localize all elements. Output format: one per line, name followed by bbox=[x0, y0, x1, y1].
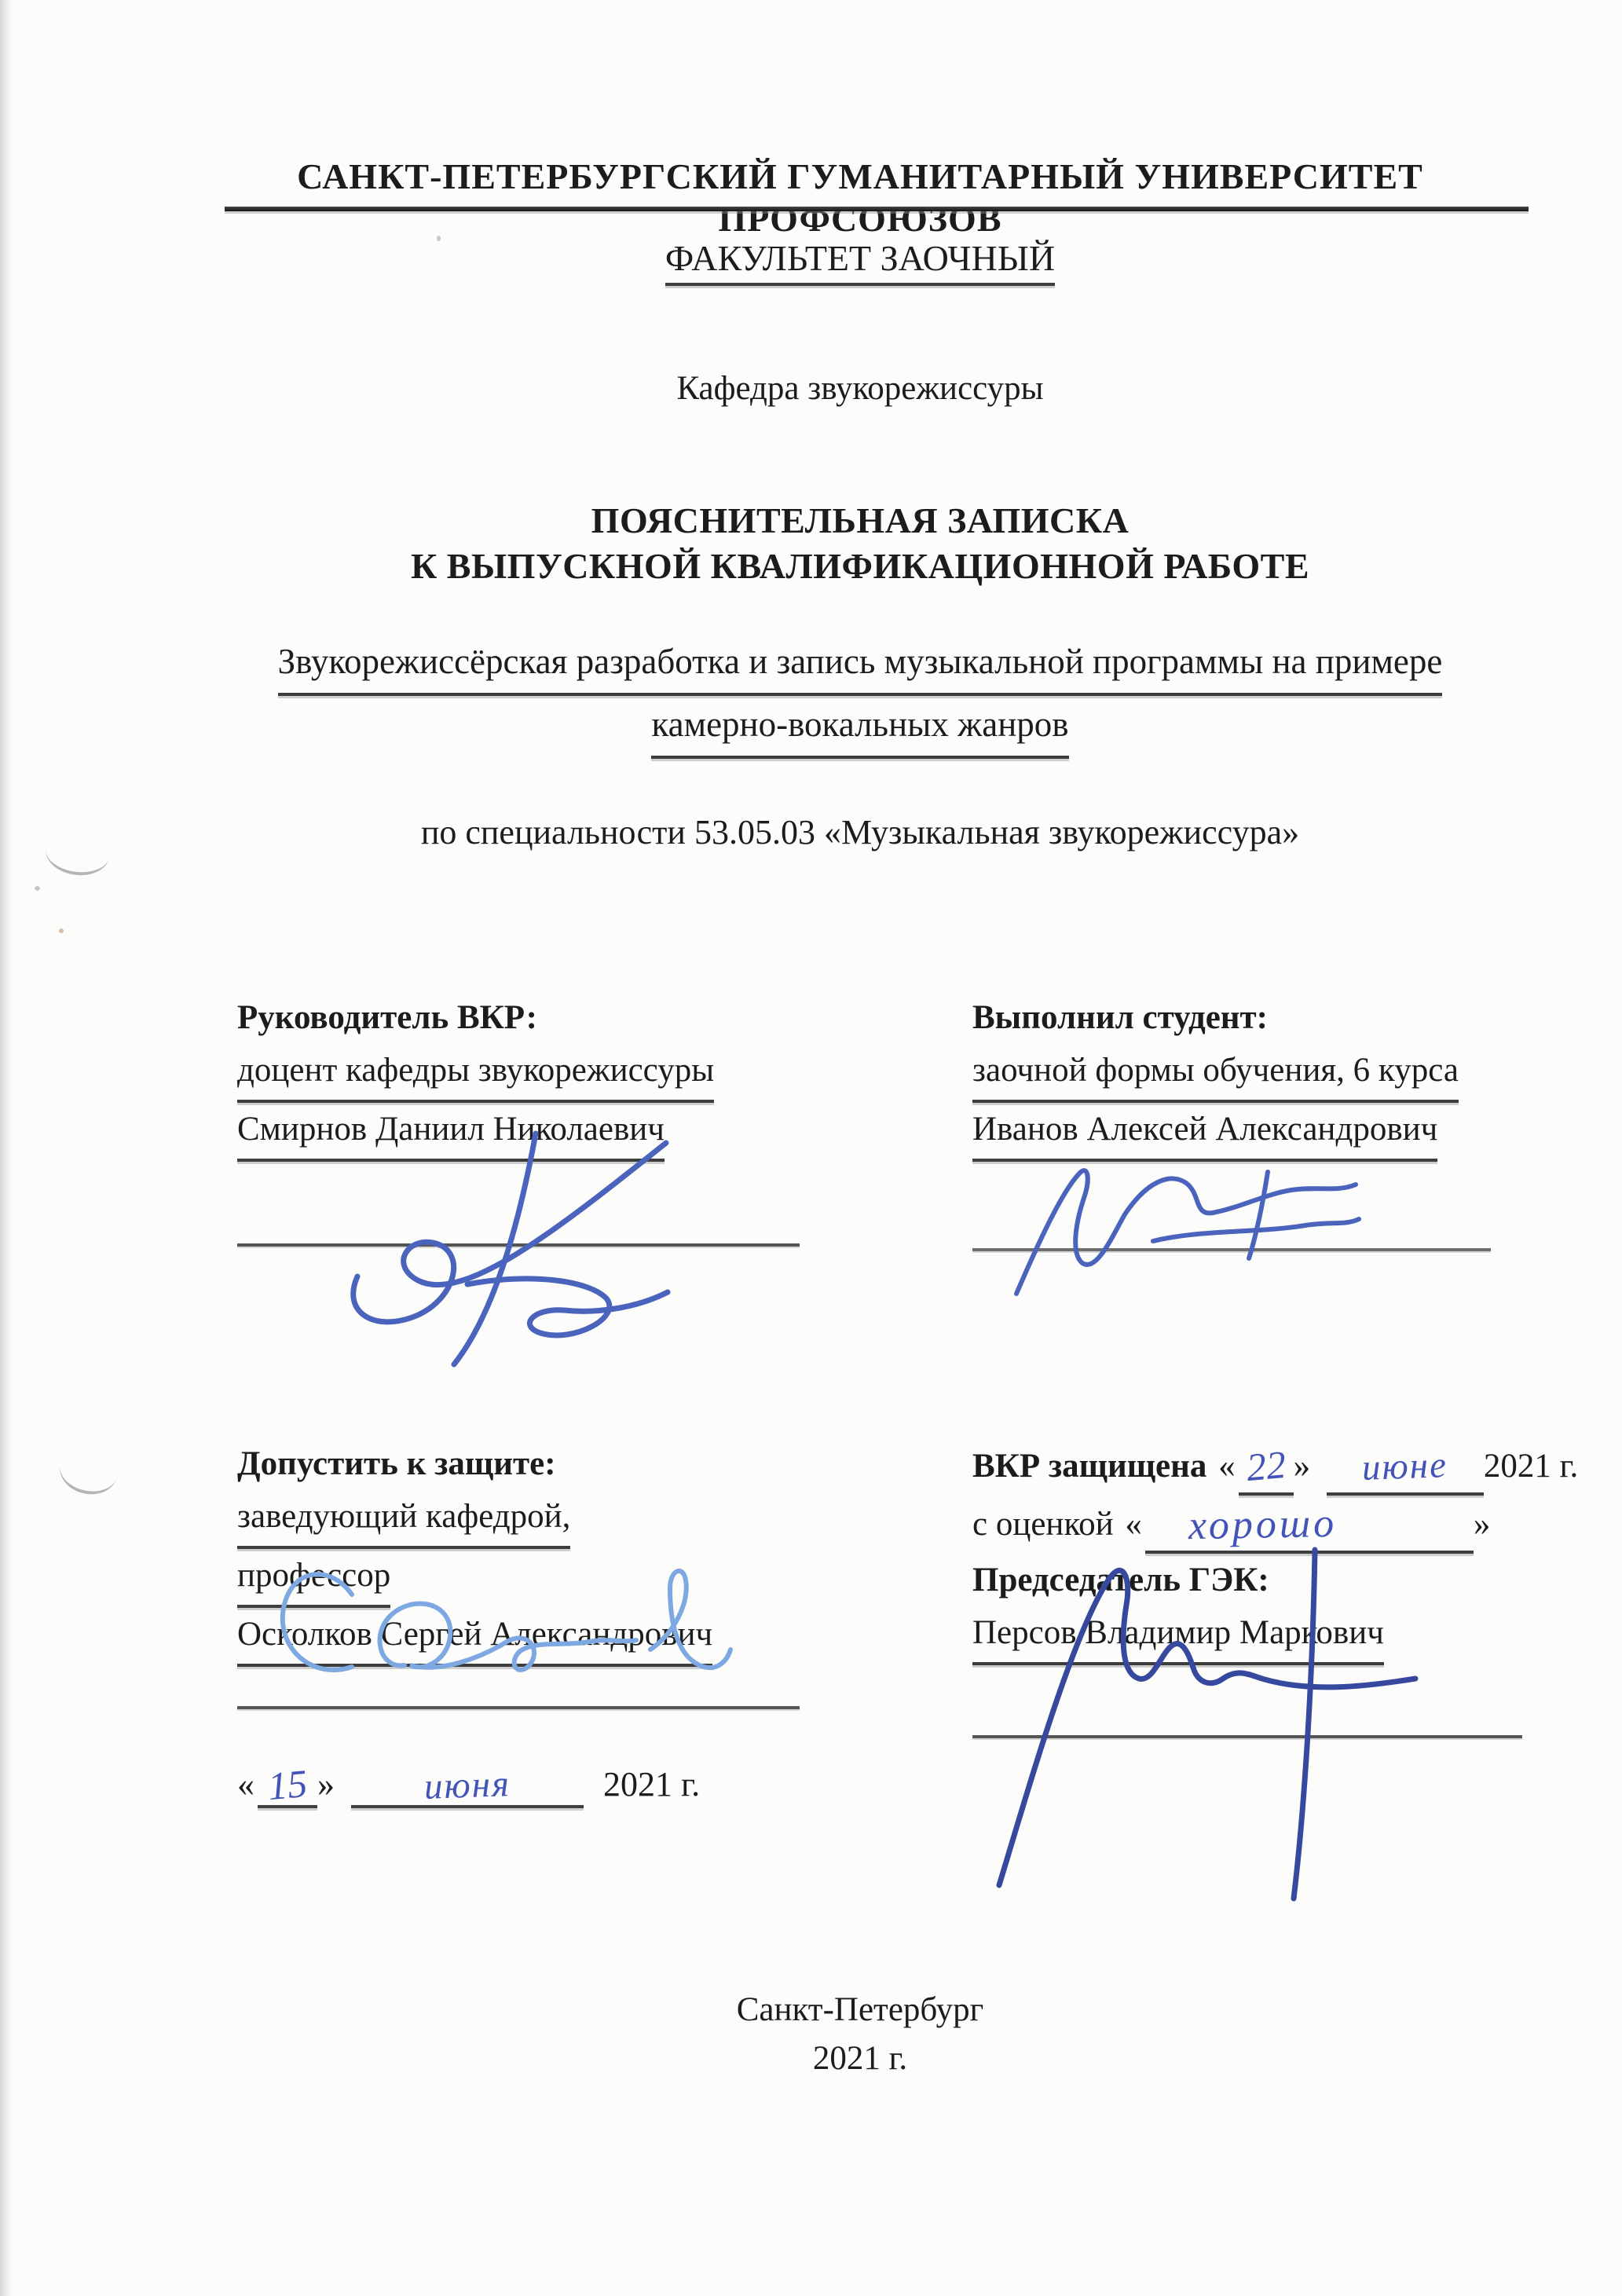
student-name: Иванов Алексей Александрович bbox=[972, 1103, 1437, 1162]
admission-name: Осколков Сергей Александрович bbox=[237, 1608, 712, 1667]
scanned-title-page: САНКТ-ПЕТЕРБУРГСКИЙ ГУМАНИТАРНЫЙ УНИВЕРС… bbox=[0, 0, 1622, 2296]
document-title: ПОЯСНИТЕЛЬНАЯ ЗАПИСКА К ВЫПУСКНОЙ КВАЛИФ… bbox=[189, 498, 1532, 589]
chairman-label: Председатель ГЭК: bbox=[972, 1554, 1601, 1606]
admission-day-handwritten: 15 bbox=[266, 1760, 309, 1809]
footer-city: Санкт-Петербург bbox=[189, 1986, 1532, 2034]
supervisor-block: Руководитель ВКР: доцент кафедры звукоре… bbox=[237, 991, 818, 1162]
defense-month-blank: июне bbox=[1327, 1439, 1484, 1496]
admission-date-close-quote: » bbox=[317, 1765, 335, 1803]
faculty-label: ФАКУЛЬТЕТ ЗАОЧНЫЙ bbox=[665, 237, 1055, 286]
grade-line: с оценкой «хорошо» bbox=[972, 1496, 1601, 1554]
supervisor-position: доцент кафедры звукорежиссуры bbox=[237, 1044, 714, 1103]
thesis-title-line1: Звукорежиссёрская разработка и запись му… bbox=[278, 633, 1443, 696]
defense-month-handwritten: июне bbox=[1361, 1439, 1448, 1495]
document-title-line1: ПОЯСНИТЕЛЬНАЯ ЗАПИСКА bbox=[189, 498, 1532, 544]
university-name: САНКТ-ПЕТЕРБУРГСКИЙ ГУМАНИТАРНЫЙ УНИВЕРС… bbox=[189, 156, 1532, 240]
scan-speck bbox=[35, 886, 40, 891]
defense-label: ВКР защищена bbox=[972, 1448, 1206, 1485]
admission-day-blank: 15 bbox=[258, 1760, 317, 1808]
header-rule bbox=[225, 207, 1529, 211]
grade-blank: хорошо bbox=[1145, 1496, 1474, 1554]
defense-year: 2021 г. bbox=[1484, 1448, 1578, 1485]
defense-day-handwritten: 22 bbox=[1244, 1438, 1288, 1494]
grade-close-quote: » bbox=[1474, 1506, 1491, 1543]
specialty-line: по специальности 53.05.03 «Музыкальная з… bbox=[189, 812, 1532, 852]
scan-edge-artifact bbox=[0, 0, 13, 2296]
student-label: Выполнил студент: bbox=[972, 991, 1569, 1044]
supervisor-label: Руководитель ВКР: bbox=[237, 991, 818, 1044]
admission-month-blank: июня bbox=[351, 1763, 584, 1808]
student-block: Выполнил студент: заочной формы обучения… bbox=[972, 991, 1569, 1162]
department-name: Кафедра звукорежиссуры bbox=[189, 369, 1532, 408]
footer-year: 2021 г. bbox=[189, 2034, 1532, 2083]
admission-signature-line bbox=[237, 1706, 800, 1709]
grade-handwritten: хорошо bbox=[1144, 1497, 1337, 1553]
admission-date-line: «15» июня 2021 г. bbox=[237, 1760, 700, 1808]
defense-block: ВКР защищена «22» июне2021 г. с оценкой … bbox=[972, 1437, 1601, 1665]
admission-label: Допустить к защите: bbox=[237, 1437, 818, 1490]
admission-month-handwritten: июня bbox=[423, 1763, 511, 1808]
student-details: заочной формы обучения, 6 курса bbox=[972, 1044, 1459, 1103]
chairman-name: Персов Владимир Маркович bbox=[972, 1606, 1384, 1665]
hole-punch-artifact bbox=[43, 826, 112, 879]
thesis-title: Звукорежиссёрская разработка и запись му… bbox=[189, 633, 1532, 759]
student-signature-line bbox=[972, 1248, 1491, 1251]
defense-day-blank: 22 bbox=[1239, 1437, 1294, 1496]
admission-position-line2: профессор bbox=[237, 1549, 390, 1608]
admission-date-year: 2021 г. bbox=[603, 1765, 700, 1803]
grade-label: с оценкой bbox=[972, 1506, 1114, 1543]
grade-open-quote: « bbox=[1125, 1506, 1142, 1543]
defense-open-quote: « bbox=[1218, 1448, 1236, 1485]
document-title-line2: К ВЫПУСКНОЙ КВАЛИФИКАЦИОННОЙ РАБОТЕ bbox=[189, 544, 1532, 589]
defense-date-line: ВКР защищена «22» июне2021 г. bbox=[972, 1437, 1601, 1496]
admission-date-open-quote: « bbox=[237, 1765, 254, 1803]
faculty-name: ФАКУЛЬТЕТ ЗАОЧНЫЙ bbox=[189, 237, 1532, 286]
chairman-signature-line bbox=[972, 1735, 1522, 1738]
defense-close-quote: » bbox=[1294, 1448, 1311, 1485]
admission-position-line1: заведующий кафедрой, bbox=[237, 1490, 570, 1549]
footer: Санкт-Петербург 2021 г. bbox=[189, 1986, 1532, 2083]
scan-speck bbox=[59, 928, 64, 933]
supervisor-signature-line bbox=[237, 1243, 800, 1247]
student-signature-icon bbox=[1007, 1148, 1360, 1317]
hole-punch-artifact bbox=[56, 1441, 123, 1500]
supervisor-name: Смирнов Даниил Николаевич bbox=[237, 1103, 665, 1162]
thesis-title-line2: камерно-вокальных жанров bbox=[651, 696, 1068, 759]
admission-block: Допустить к защите: заведующий кафедрой,… bbox=[237, 1437, 818, 1667]
